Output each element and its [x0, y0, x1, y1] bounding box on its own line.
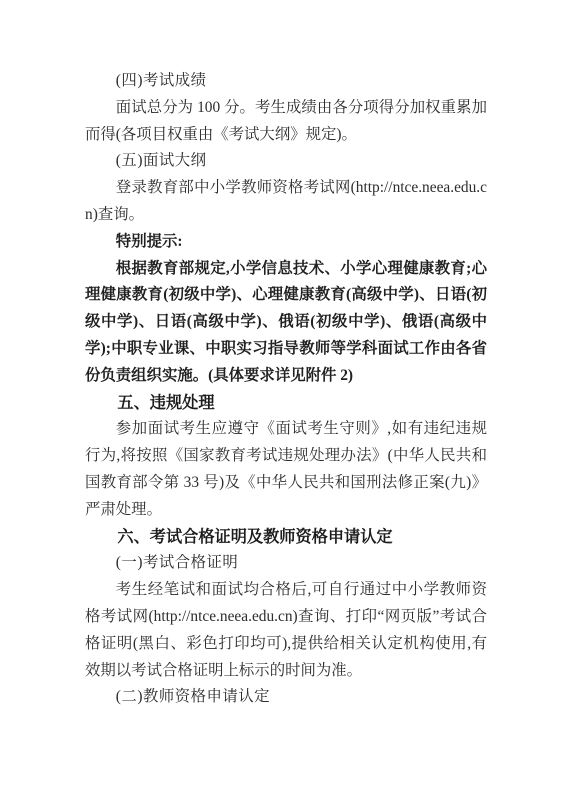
sub-heading: (五)面试大纲	[85, 148, 487, 175]
body-paragraph: 面试总分为 100 分。考生成绩由各分项得分加权重累加而得(各项目权重由《考试大…	[85, 95, 487, 149]
body-paragraph-bold: 根据教育部规定,小学信息技术、小学心理健康教育;心理健康教育(初级中学)、心理健…	[85, 256, 487, 390]
sub-heading: (四)考试成绩	[85, 68, 487, 95]
body-paragraph-bold: 特别提示:	[85, 229, 487, 256]
document-body: (四)考试成绩面试总分为 100 分。考生成绩由各分项得分加权重累加而得(各项目…	[85, 68, 487, 711]
body-paragraph: 考生经笔试和面试均合格后,可自行通过中小学教师资格考试网(http://ntce…	[85, 577, 487, 684]
sub-heading: (二)教师资格申请认定	[85, 684, 487, 711]
section-heading: 六、考试合格证明及教师资格申请认定	[85, 524, 487, 551]
body-paragraph: 登录教育部中小学教师资格考试网(http://ntce.neea.edu.cn)…	[85, 175, 487, 229]
body-paragraph: 参加面试考生应遵守《面试考生守则》,如有违纪违规行为,将按照《国家教育考试违规处…	[85, 416, 487, 523]
section-heading: 五、违规处理	[85, 390, 487, 417]
sub-heading: (一)考试合格证明	[85, 550, 487, 577]
document-page: (四)考试成绩面试总分为 100 分。考生成绩由各分项得分加权重累加而得(各项目…	[0, 0, 569, 804]
